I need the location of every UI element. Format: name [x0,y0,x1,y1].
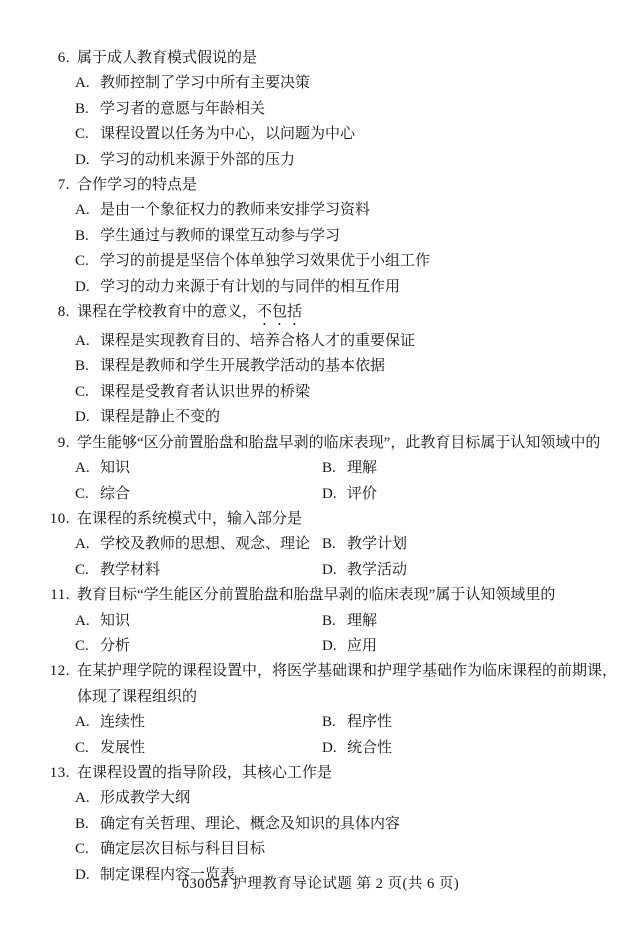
question-stem: 9.学生能够“区分前置胎盘和胎盘早剥的临床表现”，此教育目标属于认知领域中的 [0,431,641,456]
option-label: D. [322,634,339,659]
option-text: 是由一个象征权力的教师来安排学习资料 [100,202,370,218]
option-text: 统合性 [347,740,392,756]
question-stem: 11.教育目标“学生能区分前置胎盘和胎盘早剥的临床表现”属于认知领域里的 [0,583,641,608]
question-options: A.知识 B.理解 C.综合 D.评价 [0,456,641,507]
option-text: 课程是静止不变的 [100,409,220,425]
option-label: B. [75,354,92,379]
option-c: C.课程是受教育者认识世界的桥梁 [0,380,641,405]
question-number: 11. [0,583,70,608]
option-label: C. [75,482,92,507]
option-text: 学习者的意愿与年龄相关 [100,101,265,117]
option-label: B. [75,97,92,122]
option-b: B.教学计划 [322,532,641,557]
option-label: B. [75,812,92,837]
option-text: 学校及教师的思想、观念、理论 [100,536,310,552]
option-label: A. [75,532,92,557]
exam-paper-page: 6.属于成人教育模式假说的是 A.教师控制了学习中所有主要决策 B.学习者的意愿… [0,0,641,951]
question-options: A.学校及教师的思想、观念、理论 B.教学计划 C.教学材料 D.教学活动 [0,532,641,583]
option-label: A. [75,786,92,811]
question-stem-emphasis: 不包括 [257,304,302,320]
option-a: A.课程是实现教育目的、培养合格人才的重要保证 [0,329,641,354]
option-d: D.统合性 [322,736,641,761]
option-label: D. [322,558,339,583]
option-text: 知识 [100,613,130,629]
question-10: 10.在课程的系统模式中，输入部分是 A.学校及教师的思想、观念、理论 B.教学… [0,507,641,583]
option-d: D.应用 [322,634,641,659]
option-text: 课程是受教育者认识世界的桥梁 [100,384,310,400]
option-label: C. [75,837,92,862]
exam-content: 6.属于成人教育模式假说的是 A.教师控制了学习中所有主要决策 B.学习者的意愿… [0,0,641,888]
question-stem-text: 在课程的系统模式中，输入部分是 [77,511,302,527]
option-text: 分析 [100,638,130,654]
question-options: A.知识 B.理解 C.分析 D.应用 [0,609,641,660]
option-a: A.教师控制了学习中所有主要决策 [0,71,641,96]
question-stem-text: 学生能够“区分前置胎盘和胎盘早剥的临床表现”，此教育目标属于认知领域中的 [77,435,600,451]
question-stem-line2: 体现了课程组织的 [0,685,641,710]
question-number: 9. [0,431,70,456]
option-text: 知识 [100,460,130,476]
question-number: 13. [0,761,70,786]
question-number: 8. [0,300,70,325]
option-b: B.理解 [322,456,641,481]
option-label: B. [75,224,92,249]
question-number: 12. [0,659,70,684]
option-a: A.学校及教师的思想、观念、理论 [75,532,322,557]
option-label: C. [75,122,92,147]
page-footer: 03005# 护理教育导论试题 第 2 页(共 6 页) [0,872,641,893]
option-text: 教学计划 [347,536,407,552]
option-c: C.分析 [75,634,322,659]
option-c: C.教学材料 [75,558,322,583]
option-d: D.教学活动 [322,558,641,583]
option-c: C.发展性 [75,736,322,761]
question-number: 6. [0,46,70,71]
option-b: B.理解 [322,609,641,634]
question-stem: 13.在课程设置的指导阶段，其核心工作是 [0,761,641,786]
option-text: 学习的动力来源于有计划的与同伴的相互作用 [100,279,400,295]
option-label: A. [75,609,92,634]
option-text: 课程是教师和学生开展教学活动的基本依据 [100,358,385,374]
question-stem: 8.课程在学校教育中的意义，不包括 [0,300,641,329]
option-text: 确定有关哲理、理论、概念及知识的具体内容 [100,816,400,832]
question-stem-text: 在某护理学院的课程设置中，将医学基础课和护理学基础作为临床课程的前期课， [77,663,617,679]
option-label: A. [75,456,92,481]
option-label: A. [75,71,92,96]
option-text: 学生通过与教师的课堂互动参与学习 [100,228,340,244]
option-text: 学习的前提是坚信个体单独学习效果优于小组工作 [100,253,430,269]
question-13: 13.在课程设置的指导阶段，其核心工作是 A.形成教学大纲 B.确定有关哲理、理… [0,761,641,888]
option-a: A.知识 [75,609,322,634]
option-label: B. [322,609,339,634]
option-a: A.是由一个象征权力的教师来安排学习资料 [0,198,641,223]
option-label: B. [322,456,339,481]
option-c: C.确定层次目标与科目目标 [0,837,641,862]
option-text: 教学材料 [100,562,160,578]
option-text: 确定层次目标与科目目标 [100,841,265,857]
option-text: 理解 [347,460,377,476]
option-label: A. [75,329,92,354]
option-label: C. [75,249,92,274]
option-d: D.学习的动机来源于外部的压力 [0,148,641,173]
option-label: A. [75,710,92,735]
option-label: D. [75,275,92,300]
question-9: 9.学生能够“区分前置胎盘和胎盘早剥的临床表现”，此教育目标属于认知领域中的 A… [0,431,641,507]
option-label: B. [322,710,339,735]
question-stem-text: 课程在学校教育中的意义， [77,304,257,320]
option-text: 评价 [347,486,377,502]
option-label: B. [322,532,339,557]
question-number: 10. [0,507,70,532]
option-text: 理解 [347,613,377,629]
option-text: 发展性 [100,740,145,756]
option-text: 教师控制了学习中所有主要决策 [100,75,310,91]
option-c: C.学习的前提是坚信个体单独学习效果优于小组工作 [0,249,641,274]
question-11: 11.教育目标“学生能区分前置胎盘和胎盘早剥的临床表现”属于认知领域里的 A.知… [0,583,641,659]
option-label: A. [75,198,92,223]
option-c: C.综合 [75,482,322,507]
option-text: 课程是实现教育目的、培养合格人才的重要保证 [100,333,415,349]
question-stem: 6.属于成人教育模式假说的是 [0,46,641,71]
option-text: 教学活动 [347,562,407,578]
option-text: 程序性 [347,714,392,730]
option-c: C.课程设置以任务为中心，以问题为中心 [0,122,641,147]
option-label: D. [322,482,339,507]
question-stem: 10.在课程的系统模式中，输入部分是 [0,507,641,532]
question-stem-text: 属于成人教育模式假说的是 [77,50,257,66]
question-stem: 12.在某护理学院的课程设置中，将医学基础课和护理学基础作为临床课程的前期课， [0,659,641,684]
option-a: A.形成教学大纲 [0,786,641,811]
option-d: D.评价 [322,482,641,507]
option-a: A.知识 [75,456,322,481]
option-label: D. [75,148,92,173]
option-b: B.程序性 [322,710,641,735]
option-d: D.学习的动力来源于有计划的与同伴的相互作用 [0,275,641,300]
option-label: C. [75,380,92,405]
option-text: 综合 [100,486,130,502]
question-6: 6.属于成人教育模式假说的是 A.教师控制了学习中所有主要决策 B.学习者的意愿… [0,46,641,173]
option-label: C. [75,558,92,583]
option-label: D. [75,405,92,430]
option-text: 连续性 [100,714,145,730]
question-stem-text: 在课程设置的指导阶段，其核心工作是 [77,765,332,781]
option-text: 课程设置以任务为中心，以问题为中心 [100,126,355,142]
question-7: 7.合作学习的特点是 A.是由一个象征权力的教师来安排学习资料 B.学生通过与教… [0,173,641,300]
option-label: C. [75,736,92,761]
option-label: C. [75,634,92,659]
option-text: 学习的动机来源于外部的压力 [100,152,295,168]
question-stem: 7.合作学习的特点是 [0,173,641,198]
option-d: D.课程是静止不变的 [0,405,641,430]
question-stem-text: 合作学习的特点是 [77,177,197,193]
question-options: A.连续性 B.程序性 C.发展性 D.统合性 [0,710,641,761]
option-text: 应用 [347,638,377,654]
question-12: 12.在某护理学院的课程设置中，将医学基础课和护理学基础作为临床课程的前期课， … [0,659,641,761]
option-b: B.确定有关哲理、理论、概念及知识的具体内容 [0,812,641,837]
option-a: A.连续性 [75,710,322,735]
option-b: B.课程是教师和学生开展教学活动的基本依据 [0,354,641,379]
question-stem-text: 教育目标“学生能区分前置胎盘和胎盘早剥的临床表现”属于认知领域里的 [77,587,555,603]
question-8: 8.课程在学校教育中的意义，不包括 A.课程是实现教育目的、培养合格人才的重要保… [0,300,641,431]
question-number: 7. [0,173,70,198]
option-text: 形成教学大纲 [100,790,190,806]
option-label: D. [322,736,339,761]
option-b: B.学生通过与教师的课堂互动参与学习 [0,224,641,249]
option-b: B.学习者的意愿与年龄相关 [0,97,641,122]
